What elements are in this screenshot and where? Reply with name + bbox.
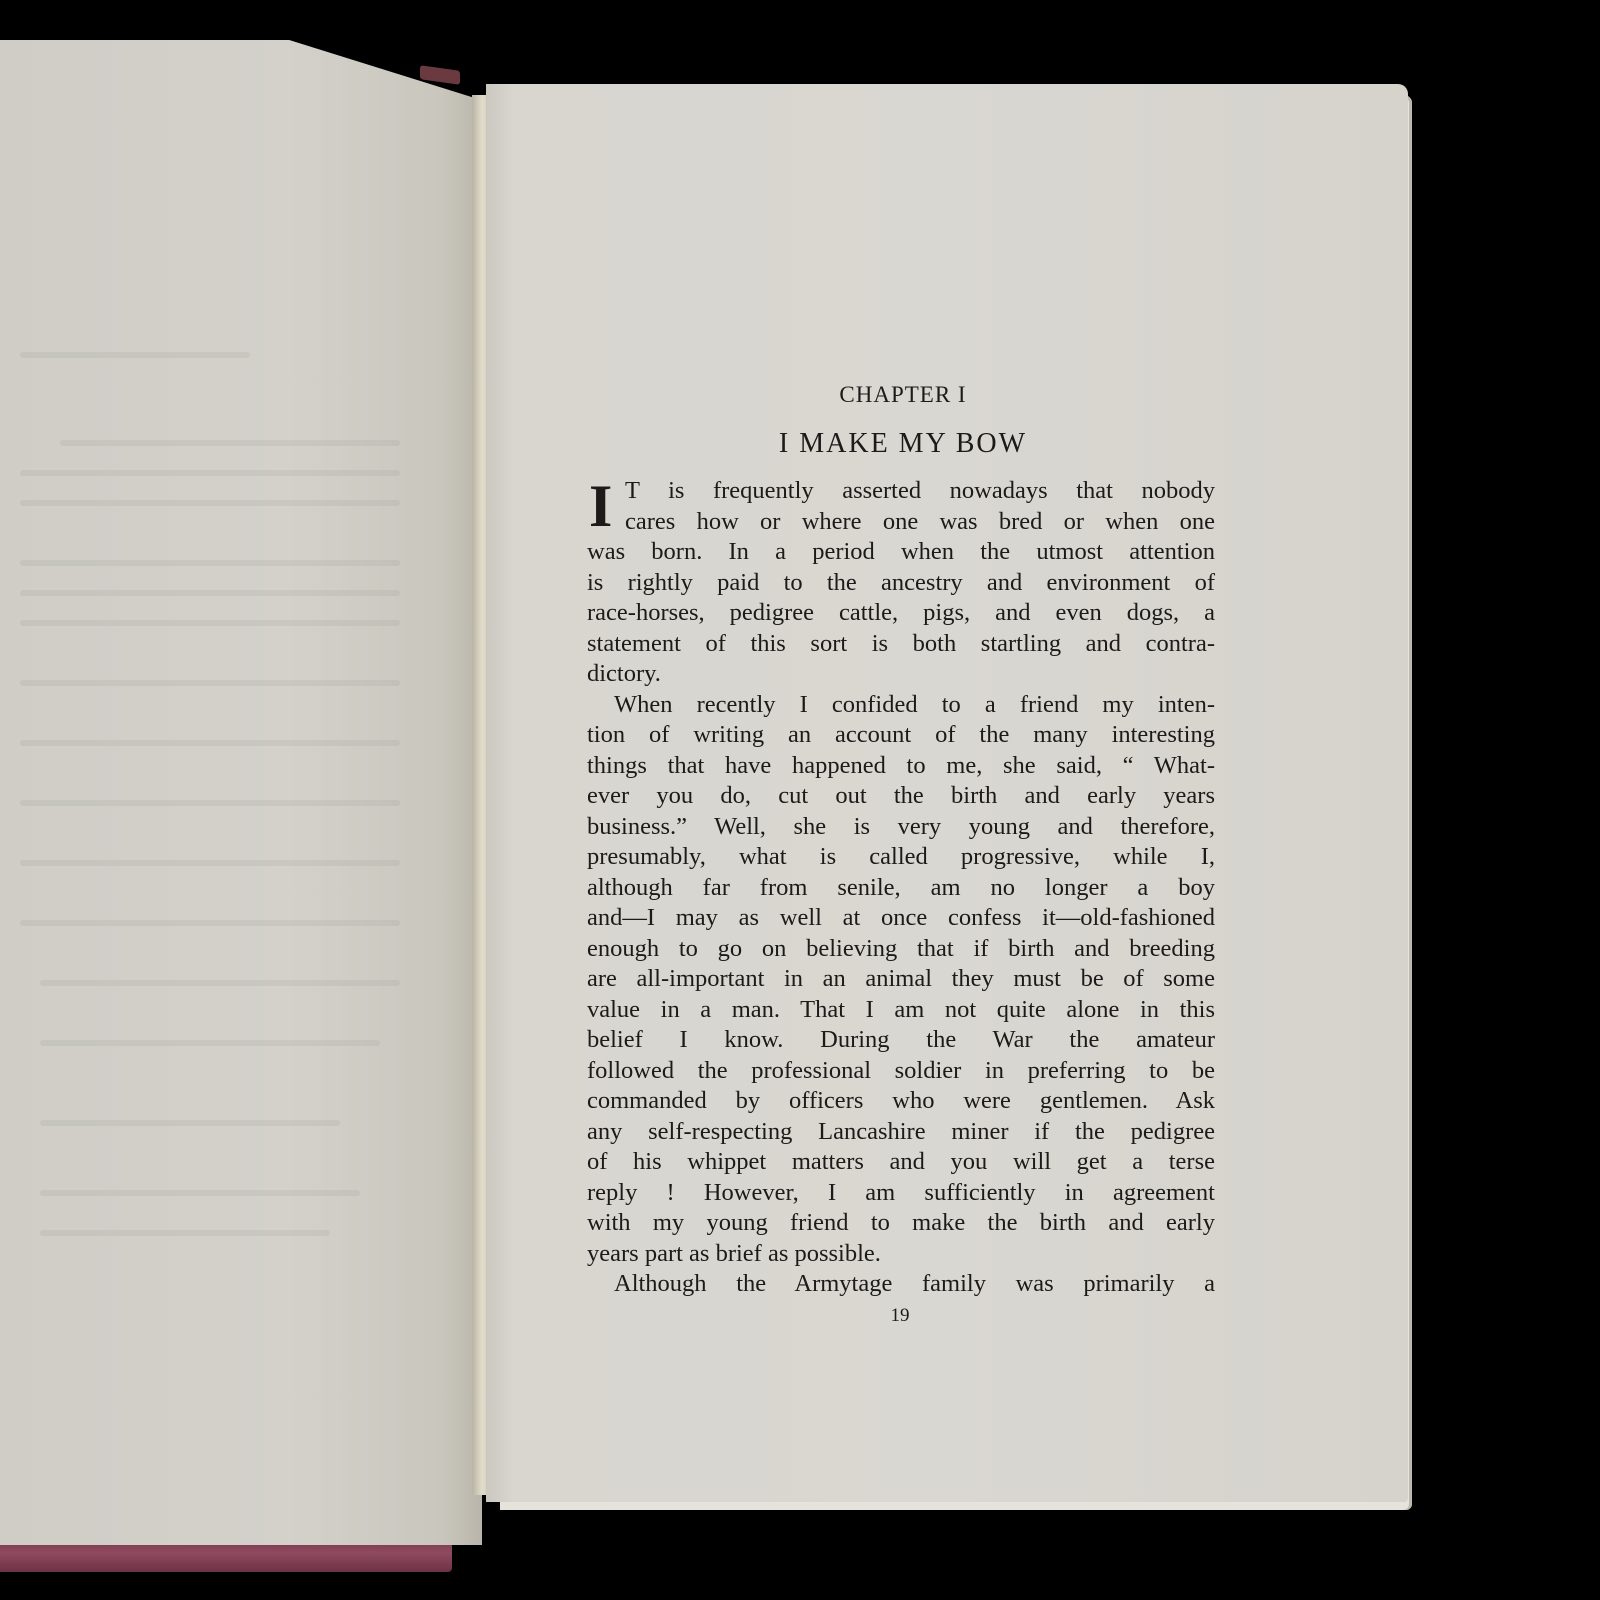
show-through-text [20, 680, 400, 686]
text-line: value in a man. That I am not quite alon… [587, 995, 1215, 1026]
text-line: enough to go on believing that if birth … [587, 934, 1215, 965]
left-page [0, 40, 482, 1545]
paragraph-3: Although the Armytage family was primari… [587, 1269, 1215, 1300]
text-line: things that have happened to me, she sai… [587, 751, 1215, 782]
text-line: is rightly paid to the ancestry and envi… [587, 568, 1215, 599]
text-line: years part as brief as possible. [587, 1239, 1215, 1270]
text-line: dictory. [587, 659, 1215, 690]
show-through-text [20, 352, 250, 358]
text-line: When recently I confided to a friend my … [587, 690, 1215, 721]
text-line: T is frequently asserted nowadays that n… [587, 476, 1215, 507]
text-line: of his whippet matters and you will get … [587, 1147, 1215, 1178]
text-line: ever you do, cut out the birth and early… [587, 781, 1215, 812]
text-line: belief I know. During the War the amateu… [587, 1025, 1215, 1056]
show-through-text [20, 800, 400, 806]
page-number: 19 [880, 1305, 920, 1327]
paragraph-2: When recently I confided to a friend my … [587, 690, 1215, 1270]
text-line: although far from senile, am no longer a… [587, 873, 1215, 904]
show-through-text [20, 500, 400, 506]
show-through-text [40, 980, 400, 986]
text-line: was born. In a period when the utmost at… [587, 537, 1215, 568]
text-line: and—I may as well at once confess it—old… [587, 903, 1215, 934]
show-through-text [20, 470, 400, 476]
text-line: reply ! However, I am sufficiently in ag… [587, 1178, 1215, 1209]
show-through-text [20, 740, 400, 746]
show-through-text [40, 1120, 340, 1126]
text-line: business.” Well, she is very young and t… [587, 812, 1215, 843]
text-line: Although the Armytage family was primari… [587, 1269, 1215, 1300]
chapter-title: I MAKE MY BOW [587, 426, 1215, 462]
drop-cap: I [589, 476, 612, 536]
text-line: commanded by officers who were gentlemen… [587, 1086, 1215, 1117]
show-through-text [20, 620, 400, 626]
text-line: any self-respecting Lancashire miner if … [587, 1117, 1215, 1148]
text-line: race-horses, pedigree cattle, pigs, and … [587, 598, 1215, 629]
show-through-text [40, 1230, 330, 1236]
show-through-text [60, 440, 400, 446]
text-line: are all-important in an animal they must… [587, 964, 1215, 995]
chapter-label: CHAPTER I [587, 378, 1215, 412]
show-through-text [20, 560, 400, 566]
show-through-text [20, 590, 400, 596]
text-line: tion of writing an account of the many i… [587, 720, 1215, 751]
chapter-body: I T is frequently asserted nowadays that… [587, 476, 1215, 1300]
show-through-text [40, 1040, 380, 1046]
text-line: presumably, what is called progressive, … [587, 842, 1215, 873]
text-line: statement of this sort is both startling… [587, 629, 1215, 660]
text-line: followed the professional soldier in pre… [587, 1056, 1215, 1087]
text-line: cares how or where one was bred or when … [587, 507, 1215, 538]
chapter-text-column: CHAPTER I I MAKE MY BOW I T is frequentl… [587, 378, 1215, 1300]
paragraph-1: I T is frequently asserted nowadays that… [587, 476, 1215, 690]
book-spine-top [420, 65, 460, 85]
show-through-text [40, 1190, 360, 1196]
show-through-text [20, 920, 400, 926]
text-line: with my young friend to make the birth a… [587, 1208, 1215, 1239]
show-through-text [20, 860, 400, 866]
